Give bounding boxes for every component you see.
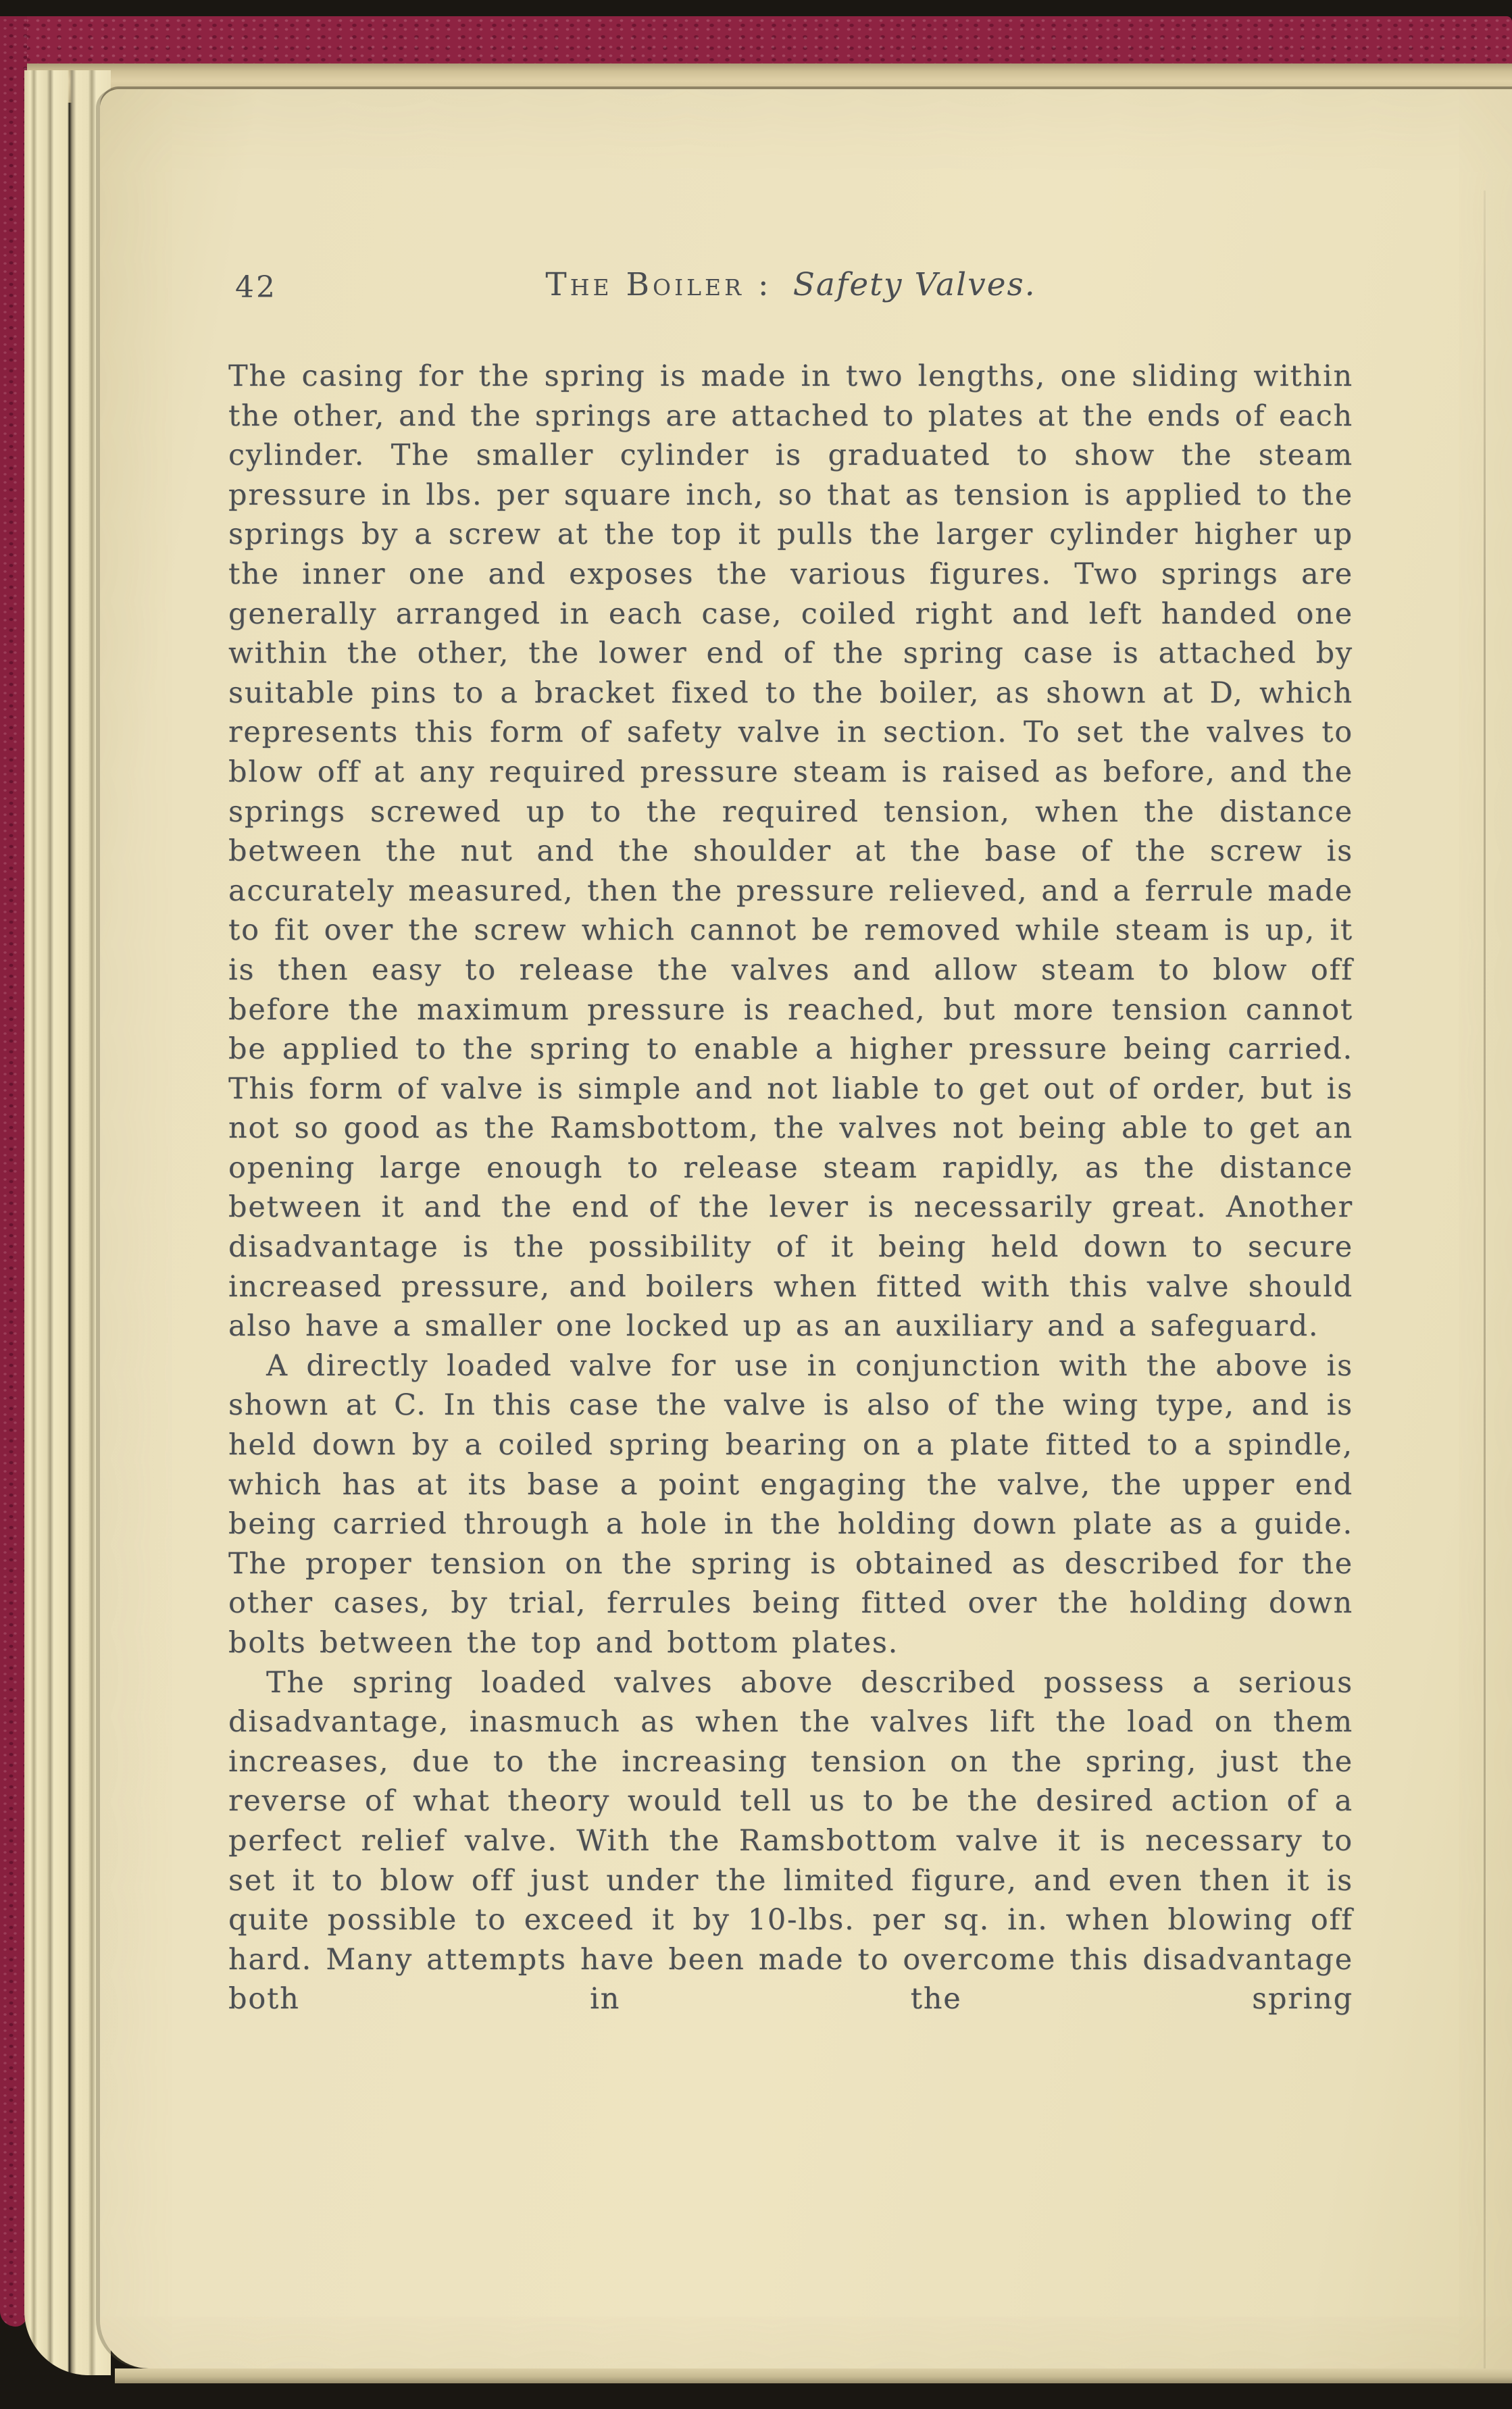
book-scan: 42 The Boiler : Safety Valves. The casin… xyxy=(0,0,1512,2409)
page-edges-left xyxy=(24,70,111,2375)
book-cover-left-edge xyxy=(0,16,27,2327)
book-cover-top-edge xyxy=(0,16,1512,69)
header-title: The Boiler : Safety Valves. xyxy=(228,266,1353,303)
paragraph-3: The spring loaded valves above described… xyxy=(228,1663,1353,2019)
page-body: The casing for the spring is made in two… xyxy=(228,357,1353,2019)
paragraph-1: The casing for the spring is made in two… xyxy=(228,357,1353,1346)
running-header: 42 The Boiler : Safety Valves. xyxy=(228,266,1353,303)
page-edges-bottom xyxy=(115,2368,1512,2383)
paragraph-2: A directly loaded valve for use in conju… xyxy=(228,1346,1353,1663)
page-number: 42 xyxy=(235,270,277,305)
book-page: 42 The Boiler : Safety Valves. The casin… xyxy=(100,89,1512,2368)
page-fold-line xyxy=(1484,191,1486,2368)
header-title-text: The Boiler : xyxy=(545,266,772,303)
header-section-text: Safety Valves. xyxy=(793,266,1036,303)
